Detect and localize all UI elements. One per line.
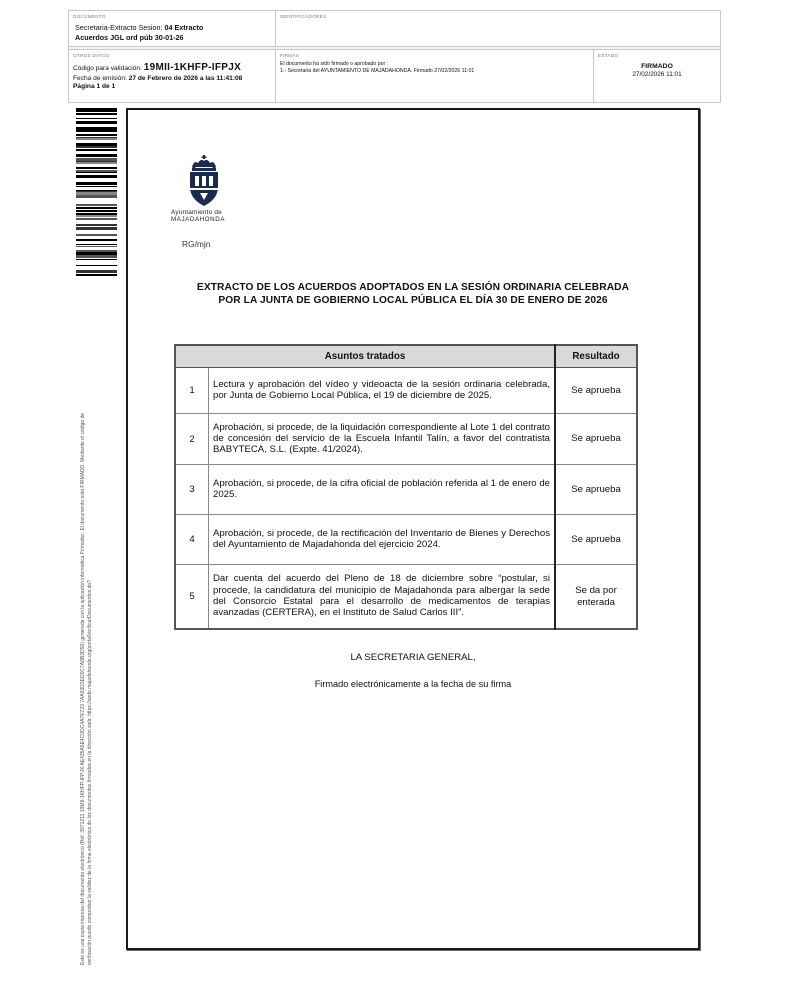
item-number: 3 (175, 465, 209, 515)
item-number: 2 (175, 414, 209, 465)
otros-datos-caption: OTROS DATOS (73, 53, 109, 58)
otros-datos-cell: OTROS DATOS Código para validación: 19MI… (69, 49, 276, 102)
documento-cell: DOCUMENTO Secretaria-Extracto Sesion: 04… (69, 11, 276, 47)
validation-code-value: 19MII-1KHFP-IFPJX (144, 62, 241, 73)
signature-note: Firmado electrónicamente a la fecha de s… (128, 679, 698, 689)
item-number: 5 (175, 565, 209, 630)
municipal-logo: Ayuntamiento de MAJADAHONDA (171, 155, 243, 223)
item-number: 4 (175, 515, 209, 565)
table-row: 2 Aprobación, si procede, de la liquidac… (175, 414, 637, 465)
identificadores-cell: IDENTIFICADORES (276, 11, 720, 47)
table-row: 1 Lectura y aprobación del vídeo y video… (175, 368, 637, 414)
estado-caption: ESTADO (598, 53, 618, 58)
status-badge: FIRMADO (594, 63, 720, 70)
issue-date: Fecha de emisión: 27 de Febrero de 2026 … (73, 75, 242, 82)
title-line-2: POR LA JUNTA DE GOBIERNO LOCAL PÚBLICA E… (128, 294, 698, 307)
item-result: Se aprueba (555, 368, 637, 414)
title-line-1: EXTRACTO DE LOS ACUERDOS ADOPTADOS EN LA… (128, 281, 698, 294)
item-description: Aprobación, si procede, de la liquidació… (209, 414, 556, 465)
documento-subtitle: Acuerdos JGL ord púb 30-01-26 (75, 33, 184, 42)
firmas-caption: FIRMAS (280, 53, 299, 58)
table-row: 5 Dar cuenta del acuerdo del Pleno de 18… (175, 565, 637, 630)
firmas-intro: El documento ha sido firmado o aprobado … (280, 61, 388, 67)
item-number: 1 (175, 368, 209, 414)
validation-code: Código para validación: 19MII-1KHFP-IFPJ… (73, 62, 241, 73)
identificadores-caption: IDENTIFICADORES (280, 14, 326, 19)
header-asuntos: Asuntos tratados (175, 345, 555, 368)
estado-cell: ESTADO FIRMADO 27/02/2026 11:01 (594, 49, 720, 102)
side-text-line-2: verificación puede comprobar la validez … (87, 305, 94, 965)
header-resultado: Resultado (555, 345, 637, 368)
barcode (76, 108, 117, 276)
document-header: DOCUMENTO Secretaria-Extracto Sesion: 04… (68, 10, 721, 103)
verification-side-text: Este es una copia impresa del documento … (80, 305, 93, 965)
firmas-entry: 1.- Secretaria del AYUNTAMIENTO DE MAJAD… (280, 68, 474, 74)
reference-initials: RG/mjn (182, 239, 210, 249)
documento-caption: DOCUMENTO (73, 14, 106, 19)
agenda-table: Asuntos tratados Resultado 1 Lectura y a… (174, 344, 638, 630)
item-description: Lectura y aprobación del vídeo y videoac… (209, 368, 556, 414)
item-description: Dar cuenta del acuerdo del Pleno de 18 d… (209, 565, 556, 630)
coat-of-arms-icon (184, 155, 228, 207)
logo-text-line-1: Ayuntamiento de (171, 209, 243, 216)
table-row: 4 Aprobación, si procede, de la rectific… (175, 515, 637, 565)
document-page: Ayuntamiento de MAJADAHONDA RG/mjn EXTRA… (126, 108, 700, 950)
item-description: Aprobación, si procede, de la rectificac… (209, 515, 556, 565)
page-title: EXTRACTO DE LOS ACUERDOS ADOPTADOS EN LA… (128, 281, 698, 307)
signature-title: LA SECRETARIA GENERAL, (128, 652, 698, 663)
table-row: 3 Aprobación, si procede, de la cifra of… (175, 465, 637, 515)
logo-text-line-2: MAJADAHONDA (171, 216, 243, 223)
item-result: Se aprueba (555, 465, 637, 515)
item-description: Aprobación, si procede, de la cifra ofic… (209, 465, 556, 515)
status-date: 27/02/2026 11:01 (594, 71, 720, 78)
documento-title: Secretaria-Extracto Sesion: 04 Extracto (75, 23, 203, 32)
item-result: Se da por enterada (555, 565, 637, 630)
item-result: Se aprueba (555, 515, 637, 565)
item-result: Se aprueba (555, 414, 637, 465)
firmas-cell: FIRMAS El documento ha sido firmado o ap… (276, 49, 594, 102)
table-header-row: Asuntos tratados Resultado (175, 345, 637, 368)
page-count: Página 1 de 1 (73, 83, 115, 90)
